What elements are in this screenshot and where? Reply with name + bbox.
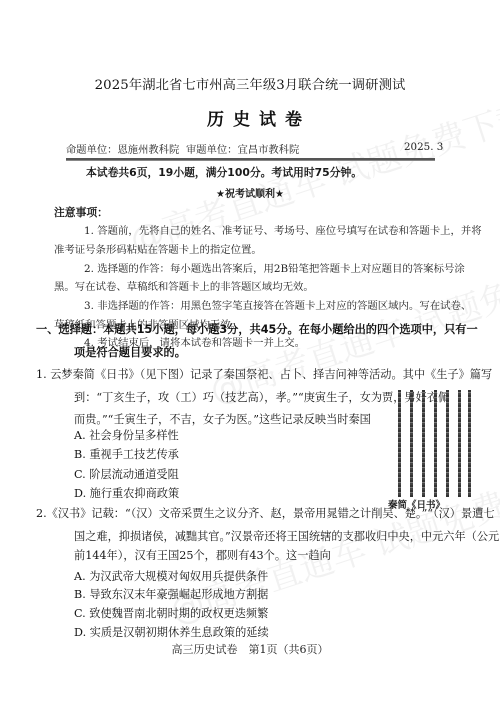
reviewer-unit: 审题单位：宜昌市教科院: [186, 141, 299, 156]
question-1-option-c[interactable]: C. 阶层流动通道受阻: [74, 466, 179, 482]
question-2-option-b[interactable]: B. 导致东汉末年豪强崛起形成地方割据: [74, 586, 268, 602]
notice-line: 1. 答题前，先将自己的姓名、准考证号、考场号、座位号填写在试卷和答题卡上，并将: [84, 222, 482, 237]
question-2-option-d[interactable]: D. 实质是汉朝初期休养生息政策的延续: [74, 624, 269, 640]
page-footer: 高三历史试卷 第1页（共6页）: [0, 641, 500, 657]
exam-subject-title: 历史试卷: [0, 105, 500, 130]
header-divider: [66, 158, 435, 161]
section-heading: 一、选择题：本题共15小题，每小题3分，共45分。在每小题给出的四个选项中，只有…: [36, 321, 478, 337]
question-1-stem: 1. 云梦秦简《日书》（见下图）记录了秦国祭祀、占卜、择吉问神等活动。其中《生子…: [36, 366, 492, 382]
notice-line: 准考证号条形码粘贴在答题卡上的指定位置。: [54, 241, 262, 256]
question-1-option-d[interactable]: D. 施行重农抑商政策: [74, 485, 179, 501]
exam-date: 2025. 3: [404, 141, 443, 153]
question-1-stem: 而贵。”“壬寅生子，不吉，女子为医。”这些记录反映当时秦国: [74, 411, 371, 427]
question-1-stem: 到：“丁亥生子，攻（工）巧（技艺高），孝。”“庚寅生子，女为贾，男好衣佩: [74, 389, 449, 405]
exam-page: @高考直通车 试题免费下载 @高考直通车 试题免费下载 @高考直通车 试题免费下…: [0, 0, 500, 707]
proposer-unit: 命题单位：恩施州教科院: [66, 141, 179, 156]
notice-line: 黑。写在试卷、草稿纸和答题卡上的非答题区域均无效。: [54, 278, 314, 293]
section-heading-cont: 项是符合题目要求的。: [74, 344, 186, 360]
notice-line: 2. 选择题的作答：每小题选出答案后，用2B铅笔把答题卡上对应题目的答案标号涂: [84, 260, 465, 275]
question-2-option-a[interactable]: A. 为汉武帝大规模对匈奴用兵提供条件: [74, 568, 268, 584]
question-2-stem: 2.《汉书》记载：“（汉）文帝采贾生之议分齐、赵，景帝用晁错之计削吴、楚。”“（…: [36, 505, 495, 521]
exam-title: 2025年湖北省七市州高三年级3月联合统一调研测试: [0, 74, 500, 93]
notice-line: 3. 非选择题的作答：用黑色签字笔直接答在答题卡上对应的答题区域内。写在试卷、: [84, 297, 471, 312]
question-1-option-a[interactable]: A. 社会身份呈多样性: [74, 427, 179, 443]
blessing: ★祝考试顺利★: [0, 185, 500, 200]
question-1-option-b[interactable]: B. 重视手工技艺传承: [74, 446, 179, 462]
bamboo-slips-figure: [396, 390, 472, 500]
question-2-option-c[interactable]: C. 致使魏晋南北朝时期的政权更迭频繁: [74, 605, 268, 621]
exam-summary: 本试卷共6页，19小题，满分100分。考试用时75分钟。: [86, 165, 362, 180]
notice-heading: 注意事项：: [54, 205, 108, 220]
question-2-stem: 前144年），汉有王国25个，郡则有43个。这一趋向: [74, 547, 331, 563]
question-2-stem: 国之难，抑损诸侯，减黜其官。”汉景帝还将王国统辖的支郡收归中央，中元六年（公元: [74, 528, 499, 544]
